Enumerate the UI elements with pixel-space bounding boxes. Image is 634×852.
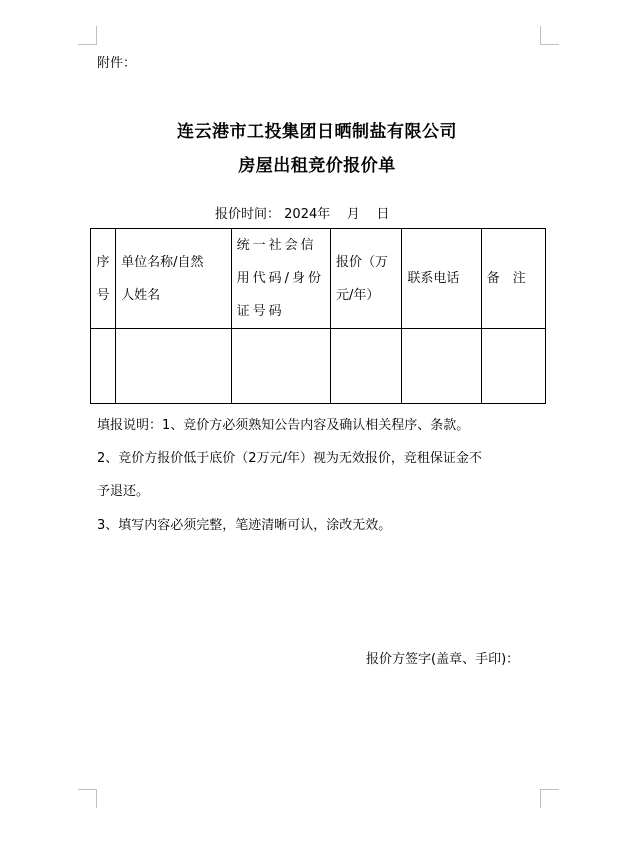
quote-day-unit: 日 <box>376 207 389 222</box>
cell-price[interactable] <box>331 329 402 404</box>
page-corner-mark-top-left <box>78 26 97 45</box>
page-corner-mark-top-right <box>540 26 559 45</box>
cell-unit-name[interactable] <box>116 329 232 404</box>
header-unit-name: 单位名称/自然 人姓名 <box>116 229 232 329</box>
table-header-row: 序 号 单位名称/自然 人姓名 统一社会信 用代码/身份 证号码 报价（万 元/… <box>91 229 546 329</box>
header-credit-code: 统一社会信 用代码/身份 证号码 <box>231 229 330 329</box>
note-line-3: 予退还。 <box>97 480 149 499</box>
header-serial-number: 序 号 <box>91 229 116 329</box>
note-line-2: 2、竞价方报价低于底价（2万元/年）视为无效报价，竞租保证金不 <box>97 447 482 466</box>
quote-year: 2024 <box>284 207 317 222</box>
header-contact-phone: 联系电话 <box>402 229 481 329</box>
page-corner-mark-bottom-left <box>78 789 97 808</box>
document-title-form: 房屋出租竞价报价单 <box>0 151 634 176</box>
header-price: 报价（万 元/年） <box>331 229 402 329</box>
table-row <box>91 329 546 404</box>
cell-contact-phone[interactable] <box>402 329 481 404</box>
note-line-4: 3、填写内容必须完整，笔迹清晰可认，涂改无效。 <box>97 514 391 533</box>
signature-label: 报价方签字(盖章、手印)： <box>366 648 519 667</box>
quote-form-table: 序 号 单位名称/自然 人姓名 统一社会信 用代码/身份 证号码 报价（万 元/… <box>90 228 546 404</box>
quote-year-unit: 年 <box>317 207 330 222</box>
attachment-label: 附件： <box>97 52 136 71</box>
quote-month-unit: 月 <box>347 207 360 222</box>
cell-remarks[interactable] <box>481 329 545 404</box>
header-remarks: 备 注 <box>481 229 545 329</box>
note-line-1: 填报说明：1、竞价方必须熟知公告内容及确认相关程序、条款。 <box>97 414 469 433</box>
cell-credit-code[interactable] <box>231 329 330 404</box>
cell-serial-number[interactable] <box>91 329 116 404</box>
quote-time-line: 报价时间： 2024年 月 日 <box>215 203 389 222</box>
page-corner-mark-bottom-right <box>540 789 559 808</box>
quote-time-label: 报价时间： <box>215 207 280 222</box>
document-title-company: 连云港市工投集团日晒制盐有限公司 <box>0 117 634 142</box>
